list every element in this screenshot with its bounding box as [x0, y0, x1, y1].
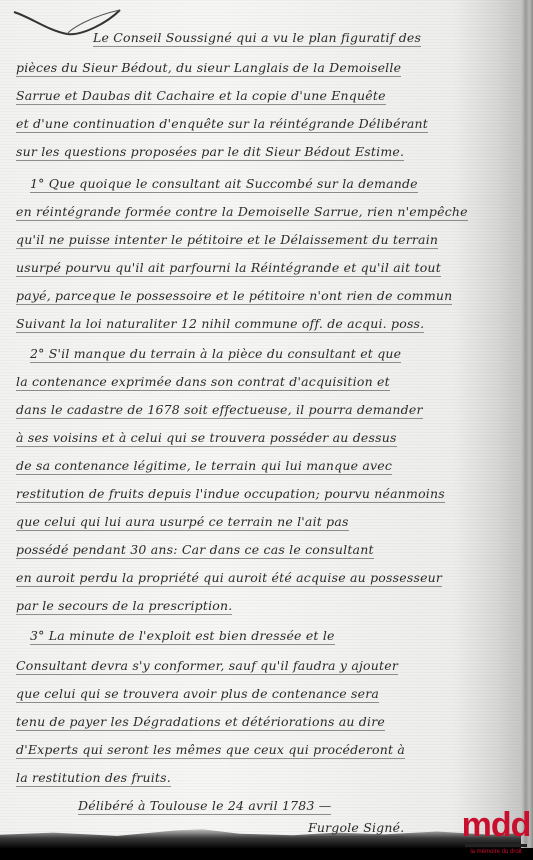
manuscript-page: Le Conseil Soussigné qui a vu le plan fi…: [0, 0, 533, 848]
logo-text: mdd: [461, 808, 531, 842]
manuscript-line: payé, parceque le possessoire et le péti…: [16, 288, 452, 305]
manuscript-line: la contenance exprimée dans son contrat …: [16, 374, 390, 391]
logo-tagline: la mémoire du droit: [461, 849, 531, 855]
manuscript-line: que celui qui se trouvera avoir plus de …: [16, 686, 379, 703]
manuscript-line: en auroit perdu la propriété qui auroit …: [16, 570, 442, 587]
manuscript-line: Délibéré à Toulouse le 24 avril 1783 —: [78, 798, 331, 815]
manuscript-line: Suivant la loi naturaliter 12 nihil comm…: [16, 316, 424, 333]
manuscript-line: et d'une continuation d'enquête sur la r…: [16, 116, 428, 133]
manuscript-line: restitution de fruits depuis l'indue occ…: [16, 486, 445, 503]
manuscript-line: d'Experts qui seront les mêmes que ceux …: [16, 742, 405, 759]
manuscript-line: Sarrue et Daubas dit Cachaire et la copi…: [16, 88, 386, 105]
manuscript-line: la restitution des fruits.: [16, 770, 171, 787]
logo-divider: [465, 844, 527, 847]
manuscript-line: Le Conseil Soussigné qui a vu le plan fi…: [93, 30, 421, 47]
manuscript-line: Consultant devra s'y conformer, sauf qu'…: [16, 658, 398, 675]
manuscript-line: de sa contenance légitime, le terrain qu…: [16, 458, 392, 475]
manuscript-line: sur les questions proposées par le dit S…: [16, 144, 404, 161]
manuscript-line: qu'il ne puisse intenter le pétitoire et…: [16, 232, 438, 249]
manuscript-line: par le secours de la prescription.: [16, 598, 232, 615]
torn-paper-edge: [0, 826, 533, 848]
manuscript-line: pièces du Sieur Bédout, du sieur Langlai…: [16, 60, 401, 77]
manuscript-line: 2° S'il manque du terrain à la pièce du …: [30, 346, 401, 363]
manuscript-line: à ses voisins et à celui qui se trouvera…: [16, 430, 397, 447]
manuscript-line: usurpé pourvu qu'il ait parfourni la Réi…: [16, 260, 441, 277]
mdd-watermark-logo: mdd la mémoire du droit: [461, 808, 531, 858]
manuscript-line: que celui qui lui aura usurpé ce terrain…: [16, 514, 349, 531]
manuscript-line: 3° La minute de l'exploit est bien dress…: [30, 628, 335, 645]
manuscript-line: tenu de payer les Dégradations et détéri…: [16, 714, 385, 731]
manuscript-line: 1° Que quoique le consultant ait Succomb…: [30, 176, 418, 193]
manuscript-line: en réintégrande formée contre la Demoise…: [16, 204, 468, 221]
manuscript-line: dans le cadastre de 1678 soit effectueus…: [16, 402, 423, 419]
manuscript-line: possédé pendant 30 ans: Car dans ce cas …: [16, 542, 374, 559]
